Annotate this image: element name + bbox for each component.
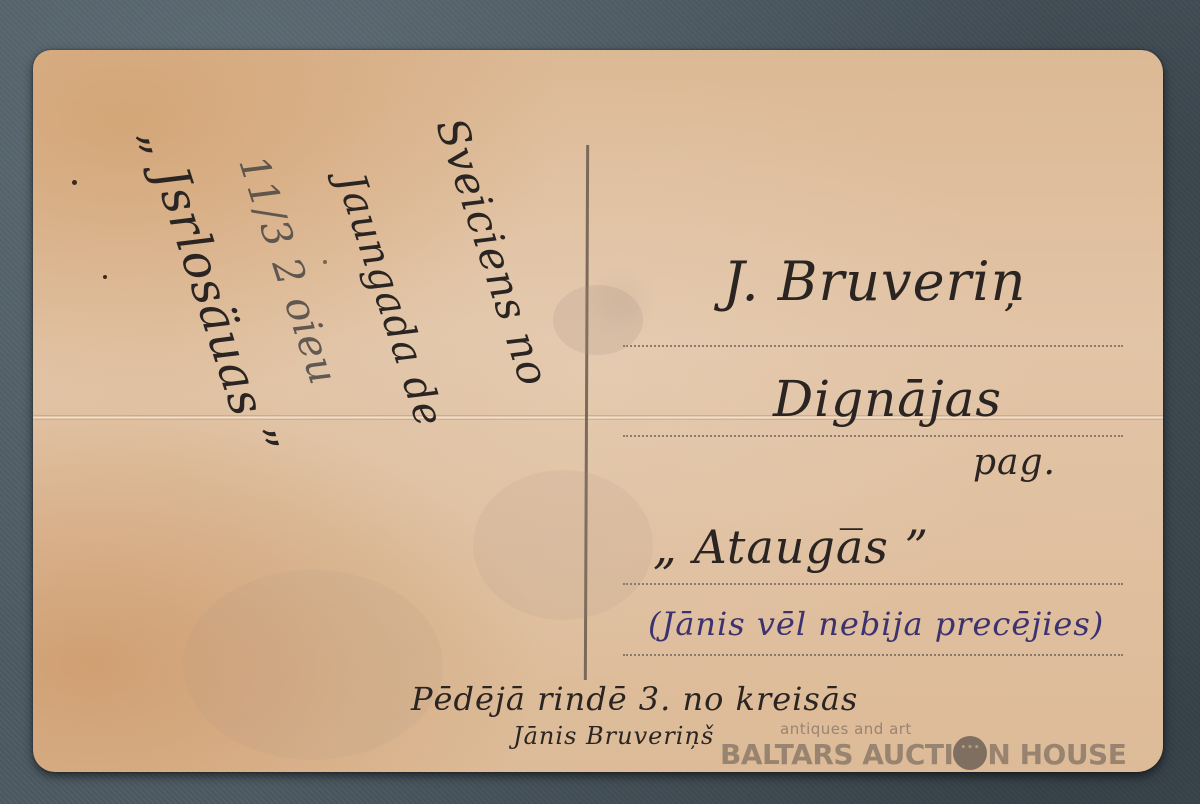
footer-note-line-1: Pēdējā rindē 3. no kreisās xyxy=(411,680,858,718)
address-farm: „ Atauga̅s ” xyxy=(653,520,929,574)
address-line-2 xyxy=(623,435,1123,437)
address-line-3 xyxy=(623,583,1123,585)
address-parish: Dignājas xyxy=(773,370,1002,428)
ink-spot xyxy=(323,260,327,264)
message-line-3: Jaungada de xyxy=(327,168,452,433)
message-line-2: Sveiciens no xyxy=(426,112,559,392)
address-name: J. Bruveriņ xyxy=(723,250,1026,313)
postcard-back: „ Jsrlosäuas ” 11/3 2 oieu Jaungada de S… xyxy=(33,50,1163,772)
water-stain xyxy=(553,285,643,355)
footer-note-line-2: Jānis Bruveriņš xyxy=(513,722,714,750)
ink-spot xyxy=(103,275,107,279)
address-pag: pag. xyxy=(973,442,1056,483)
ink-spot xyxy=(72,180,77,185)
address-note-blue: (Jānis vēl nebija precējies) xyxy=(648,605,1104,643)
auction-house-watermark: antiques and art BALTARS AUCTIN HOUSE xyxy=(700,720,1120,780)
watermark-brand: BALTARS AUCTIN HOUSE xyxy=(720,736,1126,771)
water-stain xyxy=(473,470,653,620)
water-stain xyxy=(183,570,443,760)
watermark-brand-right: N HOUSE xyxy=(987,738,1126,771)
address-line-4 xyxy=(623,654,1123,656)
address-line-1 xyxy=(623,345,1123,347)
watermark-brand-left: BALTARS AUCTI xyxy=(720,738,953,771)
watermark-logo-icon xyxy=(953,736,987,770)
